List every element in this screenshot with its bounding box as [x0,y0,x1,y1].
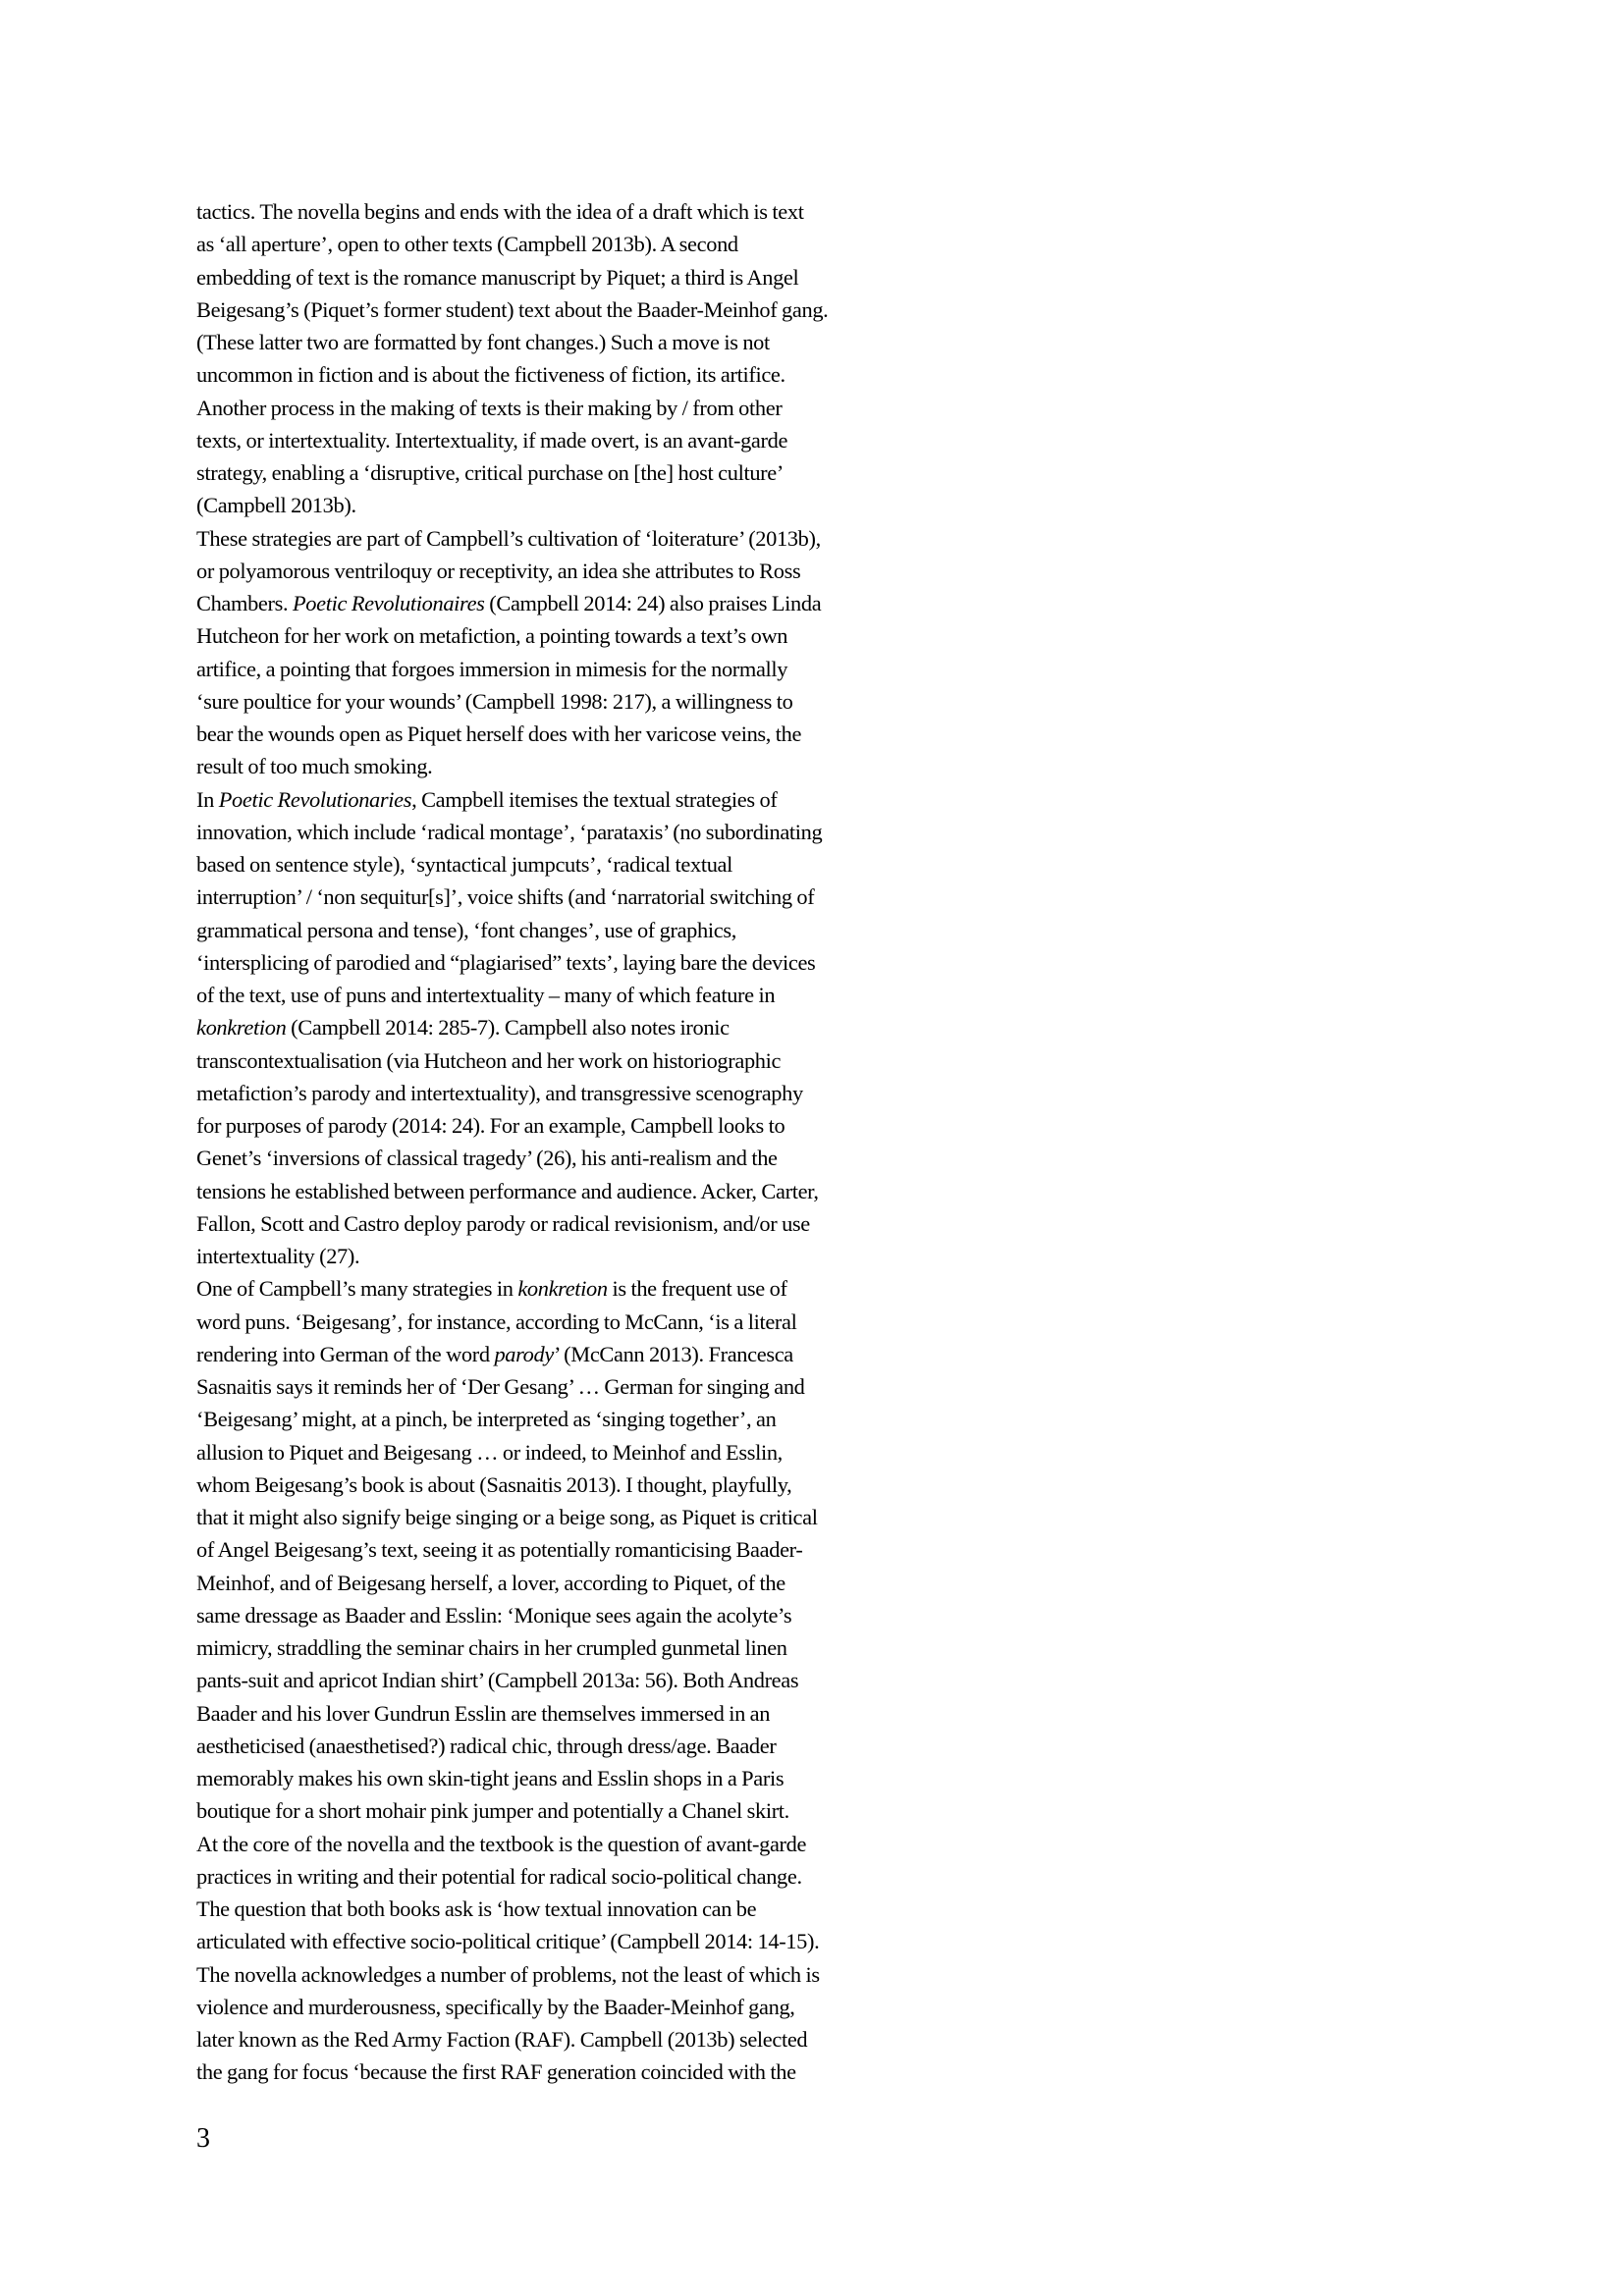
text-line: metafiction’s parody and intertextuality… [196,1077,982,1109]
text-line: boutique for a short mohair pink jumper … [196,1794,982,1827]
document-page: tactics. The novella begins and ends wit… [0,0,1624,2296]
text-line: based on sentence style), ‘syntactical j… [196,848,982,881]
text-line: The question that both books ask is ‘how… [196,1893,982,1925]
paragraph-4: One of Campbell’s many strategies in kon… [196,1272,982,1827]
text-line: The novella acknowledges a number of pro… [196,1958,982,1991]
text-line: transcontextualisation (via Hutcheon and… [196,1044,982,1077]
text-line: tensions he established between performa… [196,1175,982,1207]
text-line: (These latter two are formatted by font … [196,326,982,358]
text-line: or polyamorous ventriloquy or receptivit… [196,555,982,587]
text-line: of the text, use of puns and intertextua… [196,979,982,1011]
text-line: articulated with effective socio-politic… [196,1925,982,1957]
text-line-with-italic: rendering into German of the word parody… [196,1338,982,1370]
text-line: These strategies are part of Campbell’s … [196,522,982,555]
text-line: strategy, enabling a ‘disruptive, critic… [196,456,982,489]
italic-title: konkretion [517,1276,607,1301]
text-line: Beigesang’s (Piquet’s former student) te… [196,294,982,326]
text-line: word puns. ‘Beigesang’, for instance, ac… [196,1306,982,1338]
text-line: bear the wounds open as Piquet herself d… [196,718,982,750]
text-line: practices in writing and their potential… [196,1860,982,1893]
paragraph-1: tactics. The novella begins and ends wit… [196,195,982,522]
text-line-with-italic: konkretion (Campbell 2014: 285-7). Campb… [196,1011,982,1043]
text-line: of Angel Beigesang’s text, seeing it as … [196,1533,982,1566]
text-line: the gang for focus ‘because the first RA… [196,2056,982,2088]
text-line: tactics. The novella begins and ends wit… [196,195,982,228]
text-line: Meinhof, and of Beigesang herself, a lov… [196,1567,982,1599]
text-line: Hutcheon for her work on metafiction, a … [196,619,982,652]
text-line: pants-suit and apricot Indian shirt’ (Ca… [196,1664,982,1696]
body-text: tactics. The novella begins and ends wit… [196,195,982,2089]
text-line: grammatical persona and tense), ‘font ch… [196,914,982,946]
text-line: uncommon in fiction and is about the fic… [196,358,982,391]
paragraph-5: At the core of the novella and the textb… [196,1828,982,2089]
text-line: interruption’ / ‘non sequitur[s]’, voice… [196,881,982,913]
text-line: innovation, which include ‘radical monta… [196,816,982,848]
text-line: ‘Beigesang’ might, at a pinch, be interp… [196,1403,982,1435]
text-line: intertextuality (27). [196,1240,982,1272]
text-line: allusion to Piquet and Beigesang … or in… [196,1436,982,1468]
text-line: embedding of text is the romance manuscr… [196,261,982,294]
italic-word: parody [494,1342,554,1366]
text-line: artifice, a pointing that forgoes immers… [196,653,982,685]
text-line: Genet’s ‘inversions of classical tragedy… [196,1142,982,1174]
text-line: violence and murderousness, specifically… [196,1991,982,2023]
paragraph-2: These strategies are part of Campbell’s … [196,522,982,783]
text-line: Baader and his lover Gundrun Esslin are … [196,1697,982,1730]
text-line-with-italic: In Poetic Revolutionaries, Campbell item… [196,783,982,816]
text-line: aestheticised (anaesthetised?) radical c… [196,1730,982,1762]
paragraph-3: In Poetic Revolutionaries, Campbell item… [196,783,982,1273]
italic-title: Poetic Revolutionaires [293,591,485,615]
text-line: result of too much smoking. [196,750,982,782]
text-line-with-italic: One of Campbell’s many strategies in kon… [196,1272,982,1305]
italic-title: konkretion [196,1015,286,1040]
page-number: 3 [196,2123,210,2155]
text-line: mimicry, straddling the seminar chairs i… [196,1631,982,1664]
text-line: ‘intersplicing of parodied and “plagiari… [196,946,982,979]
text-line: as ‘all aperture’, open to other texts (… [196,228,982,260]
text-line: texts, or intertextuality. Intertextuali… [196,424,982,456]
text-line: later known as the Red Army Faction (RAF… [196,2023,982,2056]
text-line: memorably makes his own skin-tight jeans… [196,1762,982,1794]
text-line: Fallon, Scott and Castro deploy parody o… [196,1207,982,1240]
text-line: Sasnaitis says it reminds her of ‘Der Ge… [196,1370,982,1403]
text-line: ‘sure poultice for your wounds’ (Campbel… [196,685,982,718]
text-line: At the core of the novella and the textb… [196,1828,982,1860]
text-line: (Campbell 2013b). [196,489,982,521]
text-line-with-italic: Chambers. Poetic Revolutionaires (Campbe… [196,587,982,619]
text-line: for purposes of parody (2014: 24). For a… [196,1109,982,1142]
text-line: whom Beigesang’s book is about (Sasnaiti… [196,1468,982,1501]
text-line: Another process in the making of texts i… [196,392,982,424]
text-line: that it might also signify beige singing… [196,1501,982,1533]
text-line: same dressage as Baader and Esslin: ‘Mon… [196,1599,982,1631]
italic-title: Poetic Revolutionaries [219,787,411,812]
